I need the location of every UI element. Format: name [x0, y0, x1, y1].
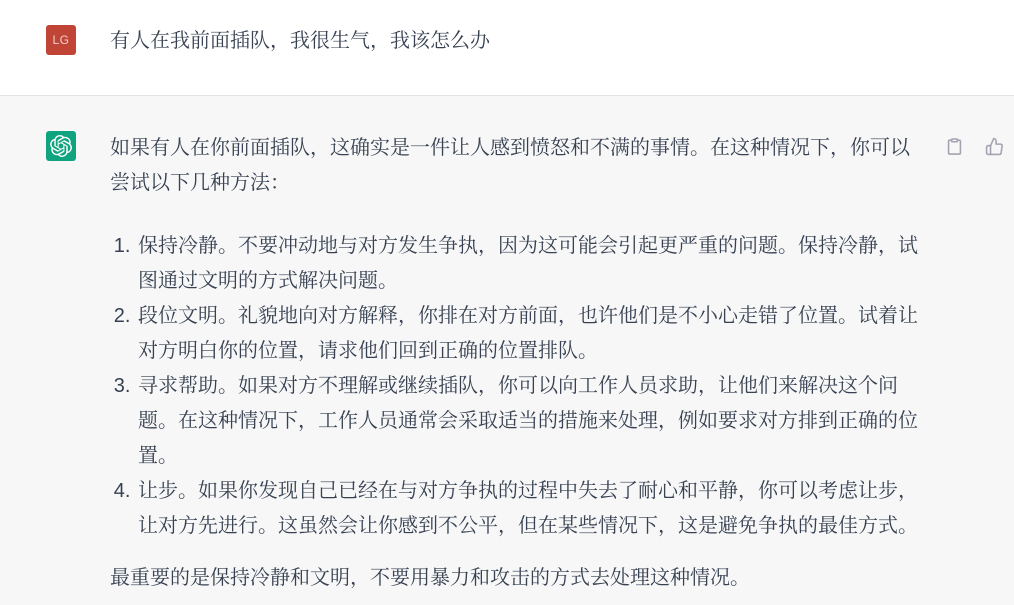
- list-item: 让步。如果你发现自己已经在与对方争执的过程中失去了耐心和平静，你可以考虑让步，让…: [136, 474, 922, 544]
- assistant-message-text: 如果有人在你前面插队，这确实是一件让人感到愤怒和不满的事情。在这种情况下，你可以…: [110, 131, 922, 596]
- list-item: 寻求帮助。如果对方不理解或继续插队，你可以向工作人员求助，让他们来解决这个问题。…: [136, 369, 922, 474]
- clipboard-copy-icon: [945, 144, 964, 159]
- assistant-outro-paragraph: 最重要的是保持冷静和文明，不要用暴力和攻击的方式去处理这种情况。: [110, 561, 922, 596]
- thumbs-up-icon: [985, 144, 1004, 159]
- thumbs-up-button[interactable]: [985, 137, 1004, 156]
- assistant-numbered-list: 保持冷静。不要冲动地与对方发生争执，因为这可能会引起更严重的问题。保持冷静，试图…: [110, 229, 922, 544]
- user-avatar: LG: [46, 25, 76, 55]
- list-item: 段位文明。礼貌地向对方解释，你排在对方前面，也许他们是不小心走错了位置。试着让对…: [136, 299, 922, 369]
- user-avatar-initials: LG: [52, 33, 69, 47]
- message-actions: [945, 137, 1004, 156]
- assistant-message-row: 如果有人在你前面插队，这确实是一件让人感到愤怒和不满的事情。在这种情况下，你可以…: [0, 95, 1014, 605]
- copy-button[interactable]: [945, 137, 964, 156]
- user-message-row: LG 有人在我前面插队，我很生气，我该怎么办: [0, 0, 1014, 95]
- user-message-text: 有人在我前面插队，我很生气，我该怎么办: [110, 26, 922, 56]
- openai-logo-icon: [50, 135, 72, 157]
- assistant-avatar: [46, 131, 76, 161]
- list-item: 保持冷静。不要冲动地与对方发生争执，因为这可能会引起更严重的问题。保持冷静，试图…: [136, 229, 922, 299]
- assistant-intro-paragraph: 如果有人在你前面插队，这确实是一件让人感到愤怒和不满的事情。在这种情况下，你可以…: [110, 131, 922, 201]
